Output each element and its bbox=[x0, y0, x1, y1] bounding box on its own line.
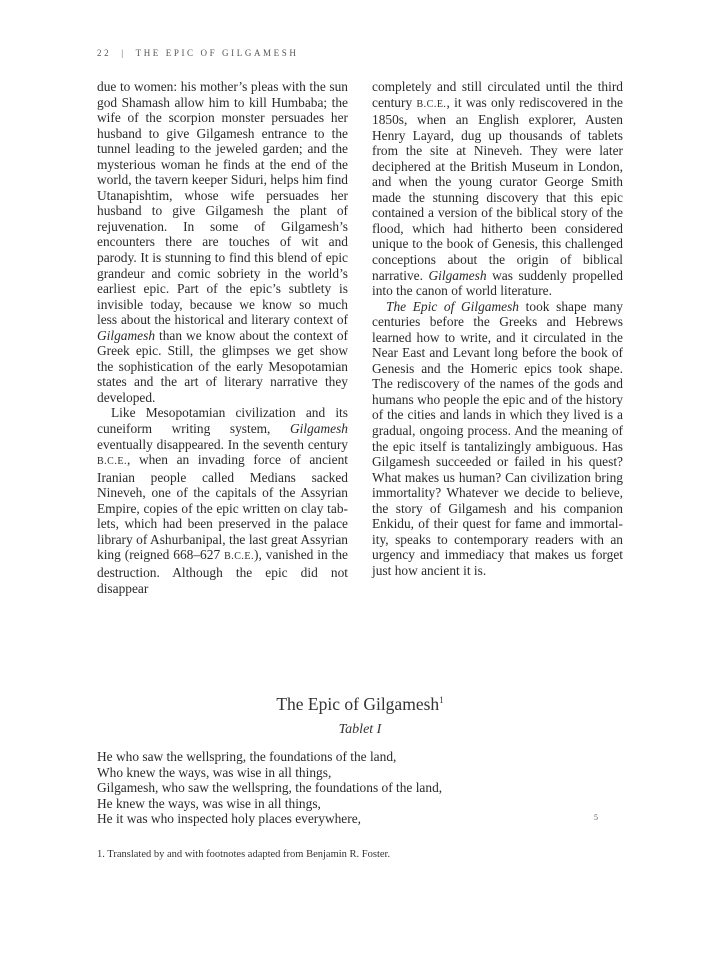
section-title: The Epic of Gilgamesh1 bbox=[0, 694, 720, 715]
poem-line: He it was who inspected holy places ever… bbox=[97, 811, 442, 827]
paragraph: due to women: his mother’s pleas with th… bbox=[97, 79, 348, 405]
section-subtitle: Tablet I bbox=[0, 722, 720, 738]
poem-line: He knew the ways, was wise in all things… bbox=[97, 796, 442, 812]
poem-line: He who saw the wellspring, the foundatio… bbox=[97, 749, 442, 765]
italic-text: Gilgamesh bbox=[429, 268, 487, 283]
paragraph: The Epic of Gilgamesh took shape many ce… bbox=[372, 299, 623, 579]
section-title-text: The Epic of Gilgamesh bbox=[276, 694, 439, 714]
running-head: 22|THE EPIC OF GILGAMESH bbox=[97, 48, 298, 58]
smallcaps-text: B.C.E. bbox=[416, 99, 446, 110]
poem-line: Who knew the ways, was wise in all thing… bbox=[97, 765, 442, 781]
right-column: completely and still circulated until th… bbox=[372, 79, 623, 596]
paragraph: Like Mesopotamian civilization and its c… bbox=[97, 405, 348, 596]
text: took shape many centuries before the Gre… bbox=[372, 299, 623, 578]
page-number: 22 bbox=[97, 48, 111, 58]
footnote-marker: 1 bbox=[439, 695, 444, 705]
paragraph: completely and still circulated until th… bbox=[372, 79, 623, 299]
left-column: due to women: his mother’s pleas with th… bbox=[97, 79, 348, 596]
italic-text: Gilgamesh bbox=[97, 328, 155, 343]
smallcaps-text: B.C.E. bbox=[224, 551, 254, 562]
body-columns: due to women: his mother’s pleas with th… bbox=[97, 79, 623, 596]
text: eventually disappeared. In the seventh c… bbox=[97, 437, 348, 452]
italic-text: The Epic of Gilgamesh bbox=[386, 299, 519, 314]
text: , it was only redis­covered in the 1850s… bbox=[372, 95, 623, 283]
poem-line: Gilgamesh, who saw the wellspring, the f… bbox=[97, 780, 442, 796]
line-number: 5 bbox=[594, 813, 598, 822]
running-head-title: THE EPIC OF GILGAMESH bbox=[136, 48, 299, 58]
italic-text: Gil­gamesh bbox=[290, 421, 348, 436]
text: due to women: his mother’s pleas with th… bbox=[97, 79, 348, 327]
running-head-separator: | bbox=[121, 48, 125, 58]
footnote: 1. Translated by and with footnotes adap… bbox=[97, 849, 390, 860]
poem: He who saw the wellspring, the foundatio… bbox=[97, 749, 442, 827]
text: , when an invad­ing force of ancient Ira… bbox=[97, 452, 348, 562]
smallcaps-text: B.C.E. bbox=[97, 456, 127, 467]
